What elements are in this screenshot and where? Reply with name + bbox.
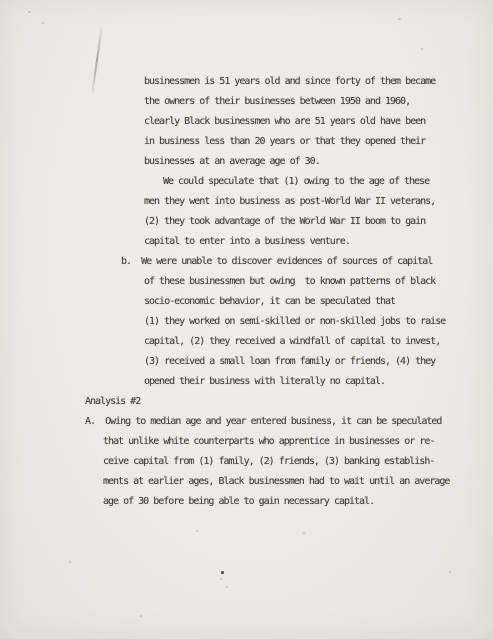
text-line: in business less than 20 years or that t…: [0, 132, 493, 152]
scan-speck: [221, 571, 224, 574]
scanned-document-page: businessmen is 51 years old and since fo…: [0, 0, 493, 640]
scan-speck: [449, 571, 451, 573]
text-line: opened their business with literally no …: [0, 372, 493, 392]
text-line: We could speculate that (1) owing to the…: [0, 172, 493, 192]
scan-speck: [432, 477, 434, 480]
text-line: (1) they worked on semi-skilled or non-s…: [0, 312, 493, 332]
scan-speck: [28, 11, 31, 13]
text-line: the owners of their businesses between 1…: [0, 92, 493, 112]
text-line: of these businessmen but owing to known …: [0, 272, 493, 292]
document-text-block: businessmen is 51 years old and since fo…: [0, 72, 493, 512]
scan-speck: [220, 578, 222, 580]
text-line: men they went into business as post-Worl…: [0, 192, 493, 212]
scan-speck: [226, 586, 228, 588]
text-line: businessmen is 51 years old and since fo…: [0, 72, 493, 92]
scan-speck: [303, 532, 305, 534]
scan-speck: [398, 18, 401, 20]
text-line: businesses at an average age of 30.: [0, 152, 493, 172]
text-line: ments at earlier ages, Black businessmen…: [0, 472, 493, 492]
scan-speck: [42, 22, 44, 24]
text-line: b. We were unable to discover evidences …: [0, 252, 493, 272]
scan-speck: [140, 615, 142, 617]
text-line: socio-economic behavior, it can be specu…: [0, 292, 493, 312]
text-line: clearly Black businessmen who are 51 yea…: [0, 112, 493, 132]
text-line: capital to enter into a business venture…: [0, 232, 493, 252]
scan-speck: [421, 48, 423, 50]
text-line: capital, (2) they received a windfall of…: [0, 332, 493, 352]
text-line: Analysis #2: [0, 392, 493, 412]
scan-speck: [69, 561, 71, 563]
text-line: (3) received a small loan from family or…: [0, 352, 493, 372]
text-line: ceive capital from (1) family, (2) frien…: [0, 452, 493, 472]
scan-speck: [378, 340, 380, 342]
text-line: (2) they took advantage of the World War…: [0, 212, 493, 232]
text-line: A. Owing to median age and year entered …: [0, 412, 493, 432]
scan-speck: [196, 530, 198, 532]
text-line: that unlike white counterparts who appre…: [0, 432, 493, 452]
text-line: age of 30 before being able to gain nece…: [0, 492, 493, 512]
